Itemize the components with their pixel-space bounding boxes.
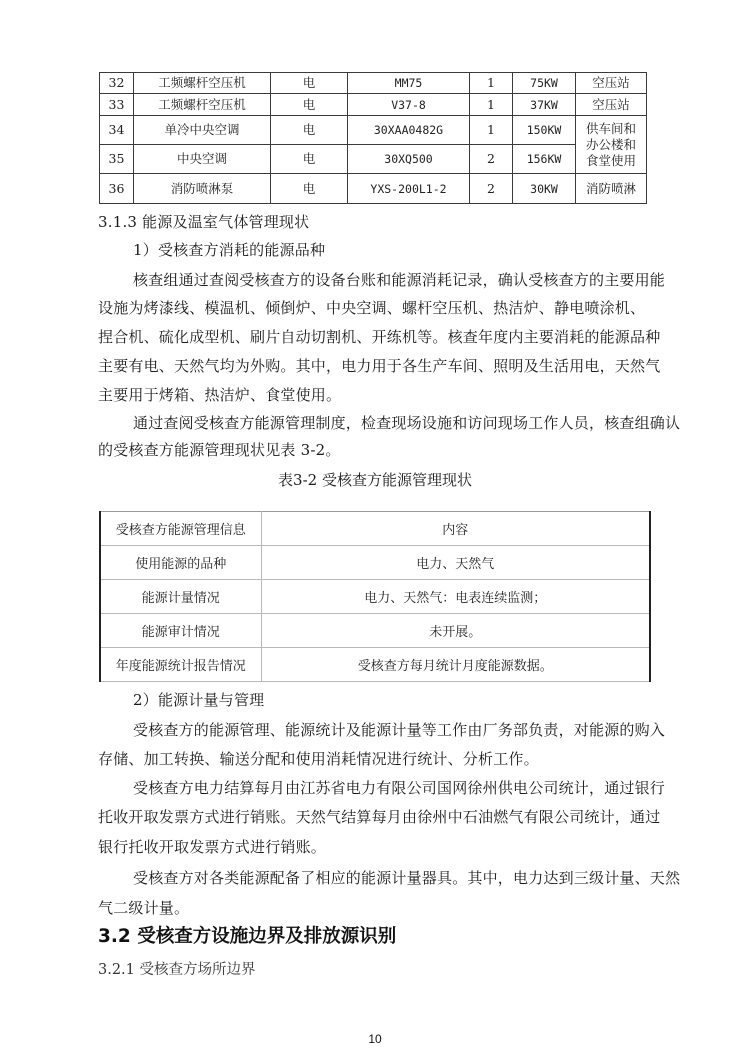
- cell-no: 35: [100, 145, 134, 174]
- table-row: 年度能源统计报告情况 受核查方每月统计月度能源数据。: [100, 648, 650, 682]
- paragraph-line: 的受核查方能源管理现状见表 3-2。: [98, 440, 647, 460]
- cell-value: 受核查方每月统计月度能源数据。: [261, 648, 650, 682]
- merged-line: 办公楼和: [576, 137, 646, 153]
- cell-power: 30KW: [513, 174, 576, 204]
- table-caption: 表3-2 受核查方能源管理现状: [0, 470, 750, 490]
- subheading-energy-types: 1）受核查方消耗的能源品种: [133, 240, 647, 260]
- section-heading-3-1-3: 3.1.3 能源及温室气体管理现状: [98, 212, 647, 232]
- cell-location: 空压站: [576, 94, 647, 116]
- table-row: 33 工频螺杆空压机 电 V37-8 1 37KW 空压站: [100, 94, 647, 116]
- cell-value: 电力、天然气：电表连续监测；: [261, 580, 650, 614]
- paragraph-line: 核查组通过查阅受核查方的设备台账和能源消耗记录，确认受核查方的主要用能: [133, 270, 647, 290]
- cell-power: 156KW: [513, 145, 576, 174]
- cell-name: 工频螺杆空压机: [134, 94, 271, 116]
- cell-no: 32: [100, 73, 134, 94]
- cell-energy: 电: [271, 116, 348, 145]
- header-cell: 受核查方能源管理信息: [100, 512, 261, 546]
- cell-power: 37KW: [513, 94, 576, 116]
- cell-name: 消防喷淋泵: [134, 174, 271, 204]
- cell-power: 75KW: [513, 73, 576, 94]
- paragraph-line: 气二级计量。: [98, 898, 647, 918]
- table-row: 32 工频螺杆空压机 电 MM75 1 75KW 空压站: [100, 73, 647, 94]
- table-row: 36 消防喷淋泵 电 YXS-200L1-2 2 30KW 消防喷淋: [100, 174, 647, 204]
- cell-name: 单冷中央空调: [134, 116, 271, 145]
- cell-qty: 2: [470, 174, 513, 204]
- cell-no: 33: [100, 94, 134, 116]
- cell-qty: 1: [470, 94, 513, 116]
- paragraph-line: 捏合机、硫化成型机、刷片自动切割机、开练机等。核查年度内主要消耗的能源品种: [98, 327, 647, 347]
- table-row: 使用能源的品种 电力、天然气: [100, 546, 650, 580]
- cell-energy: 电: [271, 145, 348, 174]
- cell-model: 30XAA0482G: [348, 116, 470, 145]
- cell-value: 电力、天然气: [261, 546, 650, 580]
- merged-line: 食堂使用: [576, 153, 646, 169]
- section-heading-3-2-1: 3.2.1 受核查方场所边界: [98, 960, 256, 980]
- cell-qty: 1: [470, 73, 513, 94]
- cell-label: 使用能源的品种: [100, 546, 261, 580]
- cell-power: 150KW: [513, 116, 576, 145]
- table-header-row: 受核查方能源管理信息 内容: [100, 512, 650, 546]
- cell-label: 能源审计情况: [100, 614, 261, 648]
- merged-line: 供车间和: [576, 121, 646, 137]
- cell-label: 能源计量情况: [100, 580, 261, 614]
- cell-label: 年度能源统计报告情况: [100, 648, 261, 682]
- cell-location-merged: 供车间和 办公楼和 食堂使用: [576, 116, 647, 174]
- equipment-table: 32 工频螺杆空压机 电 MM75 1 75KW 空压站 33 工频螺杆空压机 …: [99, 72, 647, 204]
- cell-model: YXS-200L1-2: [348, 174, 470, 204]
- cell-value: 未开展。: [261, 614, 650, 648]
- cell-model: 30XQ500: [348, 145, 470, 174]
- cell-location: 空压站: [576, 73, 647, 94]
- cell-location: 消防喷淋: [576, 174, 647, 204]
- paragraph-line: 通过查阅受核查方能源管理制度，检查现场设施和访问现场工作人员，核查组确认: [133, 413, 647, 433]
- energy-management-table: 受核查方能源管理信息 内容 使用能源的品种 电力、天然气 能源计量情况 电力、天…: [99, 511, 651, 682]
- paragraph-line: 受核查方对各类能源配备了相应的能源计量器具。其中，电力达到三级计量、天然: [133, 868, 647, 888]
- table-row: 35 中央空调 电 30XQ500 2 156KW: [100, 145, 647, 174]
- cell-no: 34: [100, 116, 134, 145]
- table-row: 能源计量情况 电力、天然气：电表连续监测；: [100, 580, 650, 614]
- cell-name: 工频螺杆空压机: [134, 73, 271, 94]
- cell-energy: 电: [271, 94, 348, 116]
- paragraph-line: 设施为烤漆线、模温机、倾倒炉、中央空调、螺杆空压机、热洁炉、静电喷涂机、: [98, 298, 647, 318]
- paragraph-line: 主要有电、天然气均为外购。其中，电力用于各生产车间、照明及生活用电，天然气: [98, 356, 647, 376]
- section-heading-3-2: 3.2 受核查方设施边界及排放源识别: [98, 925, 396, 949]
- paragraph-line: 受核查方电力结算每月由江苏省电力有限公司国网徐州供电公司统计，通过银行: [133, 778, 647, 798]
- subheading-energy-metering: 2）能源计量与管理: [133, 690, 647, 710]
- cell-model: V37-8: [348, 94, 470, 116]
- page-number: 10: [0, 1032, 750, 1046]
- cell-qty: 1: [470, 116, 513, 145]
- cell-model: MM75: [348, 73, 470, 94]
- cell-qty: 2: [470, 145, 513, 174]
- paragraph-line: 受核查方的能源管理、能源统计及能源计量等工作由厂务部负责，对能源的购入: [133, 720, 647, 740]
- table-row: 能源审计情况 未开展。: [100, 614, 650, 648]
- header-cell: 内容: [261, 512, 650, 546]
- paragraph-line: 存储、加工转换、输送分配和使用消耗情况进行统计、分析工作。: [98, 749, 647, 769]
- cell-energy: 电: [271, 73, 348, 94]
- cell-name: 中央空调: [134, 145, 271, 174]
- cell-no: 36: [100, 174, 134, 204]
- cell-energy: 电: [271, 174, 348, 204]
- paragraph-line: 银行托收开取发票方式进行销账。: [98, 837, 647, 857]
- paragraph-line: 托收开取发票方式进行销账。天然气结算每月由徐州中石油燃气有限公司统计，通过: [98, 807, 647, 827]
- table-row: 34 单冷中央空调 电 30XAA0482G 1 150KW 供车间和 办公楼和…: [100, 116, 647, 145]
- paragraph-line: 主要用于烤箱、热洁炉、食堂使用。: [98, 385, 647, 405]
